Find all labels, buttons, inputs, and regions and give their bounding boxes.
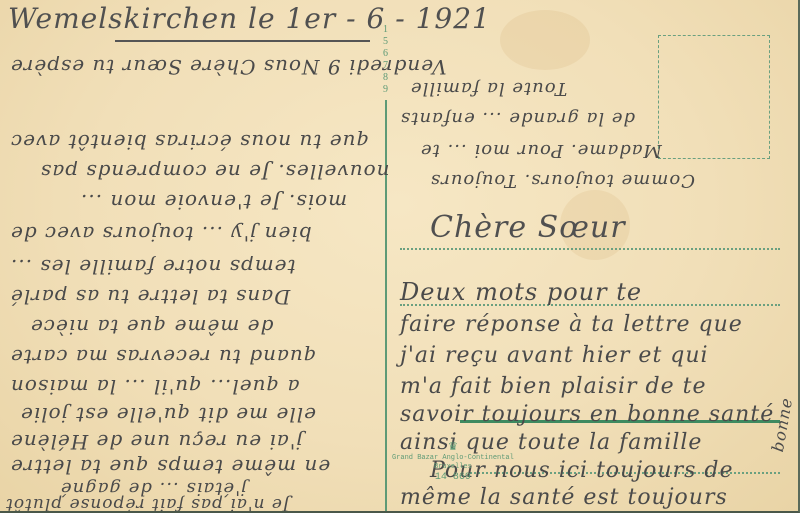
upside-down-line: nouvelles. Je ne comprends pas (40, 160, 390, 184)
upside-down-line: quand tu recevras ma carte (10, 345, 317, 369)
publisher-name: Grand Bazar Anglo-Continental (392, 454, 514, 463)
letter-line: savoir toujours en bonne santé (400, 402, 774, 427)
upside-down-line: a quel... qu'il ... la maison (10, 375, 300, 399)
upside-down-line: Madame. Pour moi ... te (420, 140, 662, 161)
upside-down-line: Comme toujours. Toujours (430, 170, 695, 191)
upside-down-line: bien j'y ... toujours avec de (10, 222, 312, 246)
upside-down-line: Je n'ai pas fait réponse plutôt (5, 494, 290, 513)
publisher-imprint: ♛ Grand Bazar Anglo-Continental Bruxelle… (392, 440, 514, 484)
place-date-header: Wemelskirchen le 1er - 6 - 1921 (8, 2, 491, 35)
upside-down-line: en même temps que ta lettre (10, 455, 330, 479)
upside-down-line: Vendredi 9 Nous Chère Sœur tu espère (10, 55, 447, 79)
stamp-box (658, 35, 770, 159)
letter-line: Deux mots pour te (400, 278, 642, 306)
upside-down-line: de même que ta nièce (30, 315, 273, 339)
upside-down-line: elle me dit qu'elle est jolie (20, 403, 316, 427)
letter-line: même la santé est toujours (400, 485, 728, 510)
upside-down-line: temps notre famille les ... (10, 255, 296, 279)
upside-down-line: Dans ta lettre tu as parlé (10, 285, 290, 309)
upside-down-line: Toute la famille (410, 78, 567, 99)
publisher-city: Bruxelles (392, 463, 514, 472)
address-line (400, 248, 780, 250)
publisher-number: 14 869 (392, 472, 514, 484)
upside-down-line: mois. Je t'envoie mon ... (80, 190, 347, 214)
serial-digit: 9 (383, 84, 388, 96)
upside-down-line: que tu nous écriras bientôt avec (10, 130, 369, 154)
letter-line: m'a fait bien plaisir de te (400, 374, 707, 399)
upside-down-line: j'ai eu reçu une de Hélène (10, 430, 302, 454)
serial-digit: 1 (383, 24, 388, 36)
crown-crest-icon: ♛ (392, 440, 514, 454)
paper-stain (500, 10, 590, 70)
upside-down-line: de la grande ... enfants (400, 108, 635, 129)
letter-line: j'ai reçu avant hier et qui (400, 343, 709, 368)
serial-digit: 5 (383, 36, 388, 48)
letter-line: faire réponse à ta lettre que (400, 312, 743, 337)
header-underline (115, 40, 370, 42)
postcard-back: Wemelskirchen le 1er - 6 - 1921 1 5 6 7 … (0, 0, 800, 513)
greeting: Chère Sœur (430, 210, 626, 245)
